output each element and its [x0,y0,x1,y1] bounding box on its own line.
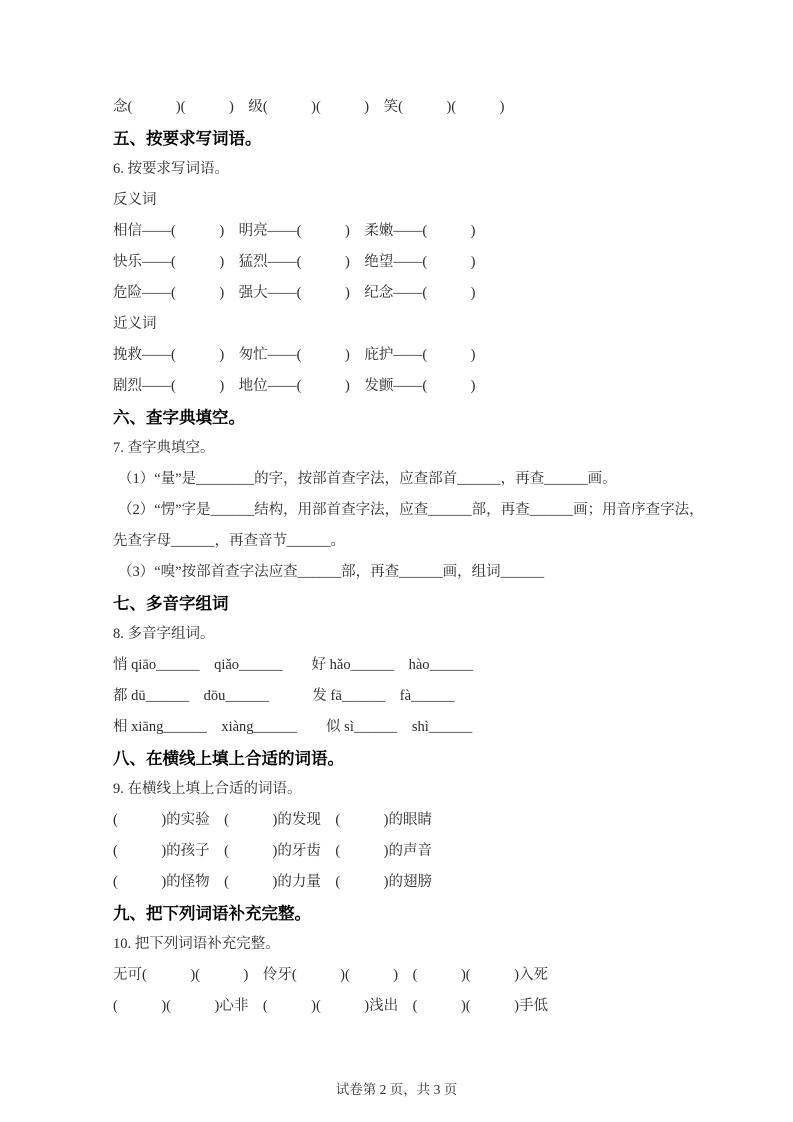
phrase-row-2: ( )的孩子 ( )的牙齿 ( )的声音 [113,836,695,867]
dictionary-item-1: （1）“量”是________的字，按部首查字法，应查部首______，再查__… [113,464,695,495]
section-5-heading: 五、按要求写词语。 [113,123,695,154]
question-6-label: 6. 按要求写词语。 [113,154,695,185]
antonym-row-3: 危险——( ) 强大——( ) 纪念——( ) [113,278,695,309]
question-7-label: 7. 查字典填空。 [113,433,695,464]
synonym-row-2: 剧烈——( ) 地位——( ) 发颤——( ) [113,371,695,402]
antonym-row-1: 相信——( ) 明亮——( ) 柔嫩——( ) [113,216,695,247]
test-paper-page-2: 念( )( ) 级( )( ) 笑( )( ) 五、按要求写词语。 6. 按要求… [0,0,793,1122]
synonym-row-1: 挽救——( ) 匆忙——( ) 庇护——( ) [113,340,695,371]
synonyms-label: 近义词 [113,309,695,340]
question-9-label: 9. 在横线上填上合适的词语。 [113,774,695,805]
phrase-row-1: ( )的实验 ( )的发现 ( )的眼睛 [113,805,695,836]
question-10-label: 10. 把下列词语补充完整。 [113,929,695,960]
question-8-label: 8. 多音字组词。 [113,619,695,650]
idiom-row-2: ( )( )心非 ( )( )浅出 ( )( )手低 [113,991,695,1022]
page-footer: 试卷第 2 页，共 3 页 [0,1078,793,1098]
dictionary-item-2-continued: 先查字母______，再查音节______。 [113,526,695,557]
idiom-row-1: 无可( )( ) 伶牙( )( ) ( )( )入死 [113,960,695,991]
antonym-row-2: 快乐——( ) 猛烈——( ) 绝望——( ) [113,247,695,278]
dictionary-item-3: （3）“嗅”按部首查字法应查______部，再查______画，组词______ [113,557,695,588]
section-6-heading: 六、查字典填空。 [113,402,695,433]
page-content: 念( )( ) 级( )( ) 笑( )( ) 五、按要求写词语。 6. 按要求… [113,92,695,1022]
section-9-heading: 九、把下列词语补充完整。 [113,898,695,929]
section-7-heading: 七、多音字组词 [113,588,695,619]
polyphone-row-2: 都 dū______ dōu______ 发 fā______ fà______ [113,681,695,712]
section-8-heading: 八、在横线上填上合适的词语。 [113,743,695,774]
word-group-row-continued: 念( )( ) 级( )( ) 笑( )( ) [113,92,695,123]
phrase-row-3: ( )的怪物 ( )的力量 ( )的翅膀 [113,867,695,898]
antonyms-label: 反义词 [113,185,695,216]
polyphone-row-1: 悄 qiāo______ qiǎo______ 好 hǎo______ hào_… [113,650,695,681]
dictionary-item-2: （2）“愣”字是______结构，用部首查字法，应查______部，再查____… [113,495,695,526]
polyphone-row-3: 相 xiāng______ xiàng______ 似 sì______ shì… [113,712,695,743]
